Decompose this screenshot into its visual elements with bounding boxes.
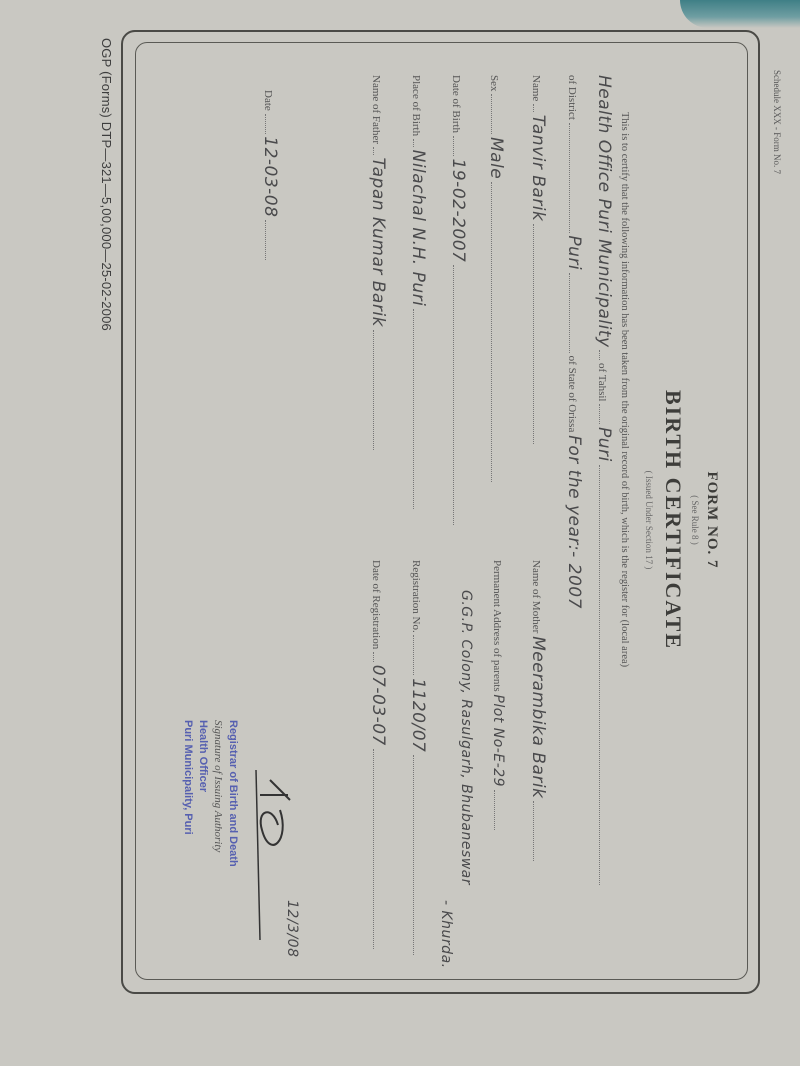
- official-stamp: Registrar of Birth and Death Signature o…: [180, 720, 240, 867]
- local-area-value: Health Office Puri Municipality: [594, 75, 614, 348]
- stamp-line1: Registrar of Birth and Death: [225, 720, 240, 867]
- address-line3-row: - Khurda.: [438, 900, 454, 969]
- place-label: Place of Birth: [410, 75, 422, 136]
- mother-value: Meerambika Barik: [528, 636, 548, 798]
- issue-date-value: 12-03-08: [260, 136, 280, 217]
- tahsil-label: of Tahsil: [596, 363, 608, 401]
- father-row: Name of Father Tapan Kumar Barik: [368, 75, 388, 450]
- reg-no-value: 1120/07: [408, 678, 428, 752]
- address-line1: Plot No-E-29: [490, 694, 506, 787]
- sex-label: Sex: [488, 75, 500, 92]
- rule-reference: ( See Rule 8 ): [690, 20, 700, 1020]
- dob-label: Date of Birth: [450, 75, 462, 133]
- reg-date-value: 07-03-07: [368, 665, 388, 746]
- issued-under: ( Issued Under Section 17 ): [644, 20, 654, 1020]
- mother-label: Name of Mother: [530, 560, 542, 633]
- father-value: Tapan Kumar Barik: [368, 158, 388, 327]
- tahsil-value: Puri: [594, 427, 614, 462]
- name-value: Tanvir Barik: [528, 115, 548, 222]
- sex-row: Sex Male: [486, 75, 506, 482]
- signature-date: 12/3/08: [284, 900, 300, 957]
- mother-row: Name of Mother Meerambika Barik: [528, 560, 548, 861]
- district-row: of District Puri of State of Orissa For …: [564, 75, 584, 609]
- stamp-line3: Puri Municipality, Puri: [180, 720, 195, 867]
- schedule-label: Schedule XXX - Form No. 7: [772, 70, 782, 174]
- issue-date-label: Date: [262, 90, 274, 111]
- reg-date-row: Date of Registration 07-03-07: [368, 560, 388, 949]
- footer-code: OGP (Forms) DTP—321—5,00,000—25-02-2006: [99, 38, 114, 331]
- signing-authority-label: Signature of Issuing Authority: [210, 720, 225, 867]
- intro-text: This is to certify that the following in…: [619, 112, 630, 667]
- state-label: of State of Orissa: [566, 356, 578, 433]
- name-row: Name Tanvir Barik: [528, 75, 548, 444]
- district-label: of District: [566, 75, 578, 120]
- local-area-row: Health Office Puri Municipality of Tahsi…: [594, 75, 614, 885]
- name-label: Name: [530, 75, 542, 101]
- birth-certificate: Schedule XXX - Form No. 7 FORM NO. 7 ( S…: [60, 20, 800, 1020]
- form-number: FORM NO. 7: [703, 20, 720, 1020]
- place-value: Nilachal N.H. Puri: [408, 150, 428, 307]
- reg-no-row: Registration No. 1120/07: [408, 560, 428, 955]
- issue-date-row: Date 12-03-08: [260, 90, 280, 260]
- address-line2: G.G.P. Colony, Rasulgarh, Bhubaneswar: [458, 590, 474, 885]
- year-note: For the year:- 2007: [564, 435, 584, 609]
- reg-no-label: Registration No.: [410, 560, 422, 633]
- reg-date-label: Date of Registration: [370, 560, 382, 649]
- sex-value: Male: [486, 137, 506, 179]
- address-line3: - Khurda.: [438, 900, 454, 969]
- address-label: Permanent Address of parents: [491, 560, 503, 692]
- stamp-line2: Health Officer: [195, 720, 210, 867]
- dob-value: 19-02-2007: [448, 159, 468, 263]
- dob-row: Date of Birth 19-02-2007: [448, 75, 468, 525]
- address-line2-row: G.G.P. Colony, Rasulgarh, Bhubaneswar: [458, 590, 474, 885]
- page-title: BIRTH CERTIFICATE: [660, 20, 686, 1020]
- father-label: Name of Father: [370, 75, 382, 144]
- address-row: Permanent Address of parents Plot No-E-2…: [490, 560, 506, 830]
- place-row: Place of Birth Nilachal N.H. Puri: [408, 75, 428, 509]
- district-value: Puri: [564, 235, 584, 270]
